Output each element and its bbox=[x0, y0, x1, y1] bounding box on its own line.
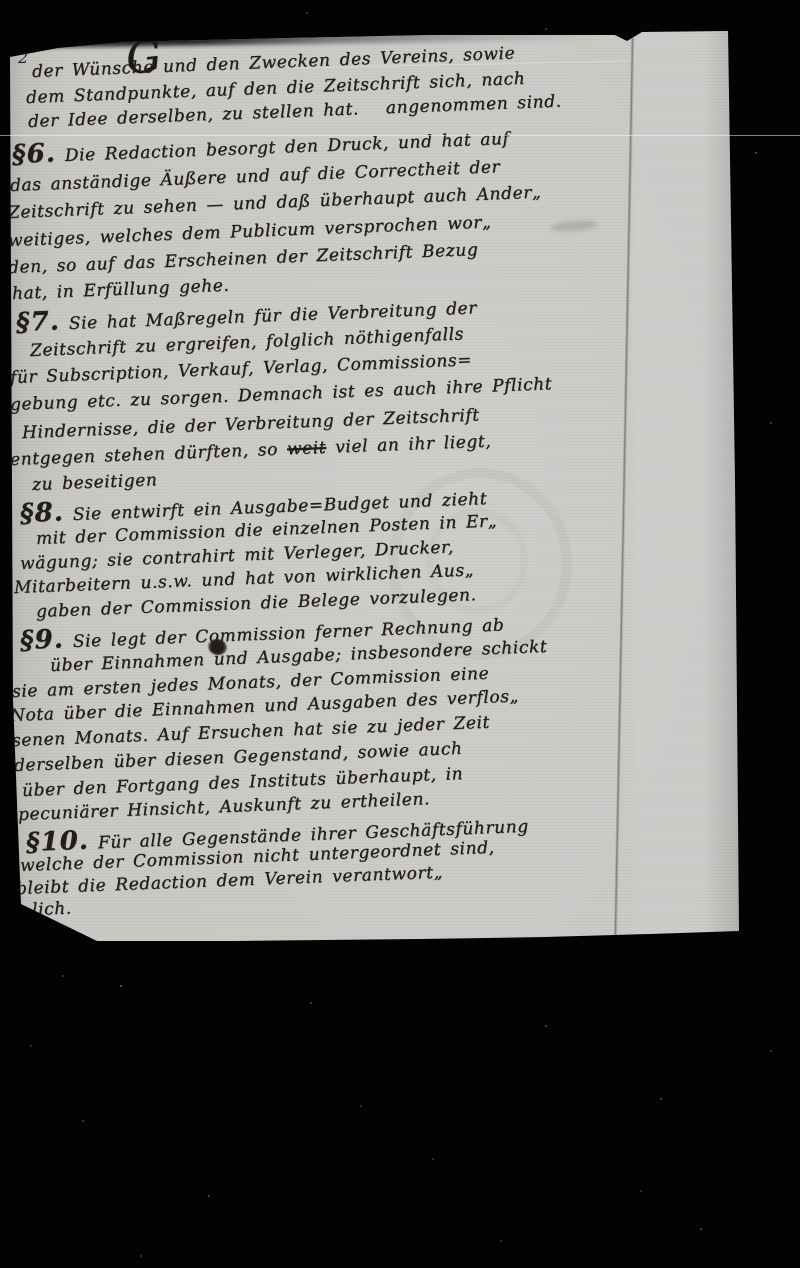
pencil-smudge bbox=[550, 219, 599, 233]
page-fold-crease bbox=[614, 30, 635, 936]
section-marker: §6. bbox=[11, 138, 56, 170]
page-number: 2 bbox=[18, 48, 28, 67]
scan-background: 2 G der Wünsche und den Zwecken des Vere… bbox=[0, 0, 800, 1268]
torn-top-edge bbox=[6, 25, 606, 48]
manuscript-line: zu beseitigen bbox=[32, 470, 158, 495]
manuscript-line-text: viel an ihr liegt, bbox=[326, 432, 492, 458]
manuscript-page: 2 G der Wünsche und den Zwecken des Vere… bbox=[0, 0, 800, 1268]
manuscript-line-text: entgegen stehen dürften, so bbox=[10, 439, 288, 470]
scratch-line bbox=[0, 135, 800, 136]
struck-word: weit bbox=[287, 438, 327, 459]
page-right-edge-shadow bbox=[702, 31, 739, 933]
dust-specks bbox=[0, 0, 2, 2]
manuscript-line: hat, in Erfüllung gehe. bbox=[12, 276, 230, 304]
section-marker: §7. bbox=[15, 306, 60, 338]
manuscript-line: lich. bbox=[32, 898, 72, 920]
section-marker: §8. bbox=[19, 497, 64, 529]
section-marker: §9. bbox=[19, 624, 64, 656]
